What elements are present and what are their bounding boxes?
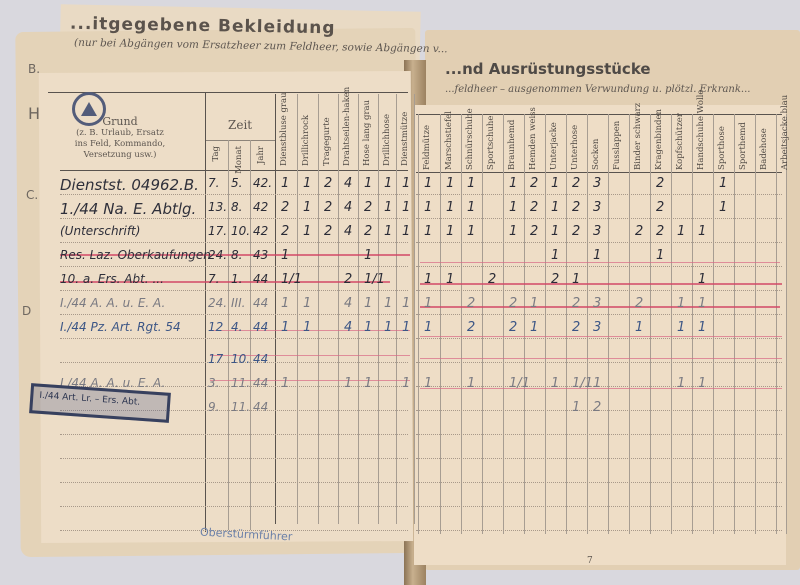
row-item-qty-right: 1 — [677, 224, 685, 239]
row-item-qty-right: 2 — [572, 296, 580, 311]
row-item-qty: 1 — [364, 320, 372, 335]
row-item-qty-right: 3 — [593, 224, 601, 239]
row-dotted-line — [60, 506, 408, 507]
row-item-qty-right: 1 — [551, 224, 559, 239]
row-tag: 3. — [208, 376, 219, 390]
row-item-qty: 1 — [281, 176, 289, 191]
row-monat: III. — [231, 296, 245, 310]
row-item-qty-right: 1 — [656, 248, 664, 263]
row-item-qty: 1 — [281, 320, 289, 335]
item-column-header-right: Schnürschuhe — [466, 118, 475, 170]
item-column-header-right: Sporthemd — [739, 118, 748, 170]
item-col-line-right — [713, 114, 714, 534]
row-item-qty: 1 — [384, 320, 392, 335]
row-item-qty-right: 1 — [530, 296, 538, 311]
row-item-qty: 1 — [364, 376, 372, 391]
row-monat: 1. — [231, 272, 242, 286]
header-bottom-rule-right — [416, 172, 782, 173]
row-item-qty-right: 1 — [446, 200, 454, 215]
row-item-qty: 1 — [402, 296, 410, 311]
row-item-qty-right: 1 — [424, 224, 432, 239]
item-col-line-right — [608, 114, 609, 534]
row-item-qty-right: 1/1 — [509, 376, 530, 391]
title-right: ...nd Ausrüstungsstücke — [445, 60, 651, 78]
row-grund: I./44 A. A. u. E. A. — [60, 296, 165, 310]
item-col-line — [414, 94, 415, 524]
row-item-qty-right: 1 — [698, 320, 706, 335]
item-col-line — [338, 94, 339, 524]
row-item-qty: 4 — [344, 200, 352, 215]
row-item-qty-right: 1 — [424, 296, 432, 311]
row-item-qty: 1 — [384, 224, 392, 239]
row-jahr: 44 — [253, 320, 268, 334]
row-monat: 10. — [231, 224, 250, 238]
item-col-line-right — [587, 114, 588, 534]
row-item-qty-right: 1 — [424, 320, 432, 335]
row-item-qty-right: 1 — [424, 376, 432, 391]
row-item-qty-right: 1 — [719, 176, 727, 191]
row-item-qty: 1 — [303, 320, 311, 335]
item-col-line — [378, 94, 379, 524]
row-dotted-line — [60, 290, 408, 291]
row-item-qty: 1/1 — [281, 272, 302, 287]
row-item-qty-right: 1 — [467, 200, 475, 215]
row-tag: 12 — [208, 320, 223, 334]
row-item-qty: 1 — [364, 176, 372, 191]
row-grund: (Unterschrift) — [60, 224, 140, 238]
item-column-header: Drahtseilen-haken — [343, 106, 352, 166]
row-dotted-line — [60, 194, 408, 195]
row-item-qty-right: 1 — [446, 272, 454, 287]
row-item-qty: 1 — [402, 376, 410, 391]
item-column-header-right: Kopfschützer — [676, 118, 685, 170]
row-item-qty-right: 2 — [488, 272, 496, 287]
row-item-qty: 1 — [384, 176, 392, 191]
row-item-qty-right: 2 — [572, 224, 580, 239]
row-item-qty-right: 2 — [530, 224, 538, 239]
item-col-line-right — [440, 114, 441, 534]
row-item-qty-right: 1 — [593, 248, 601, 263]
row-item-qty: 1 — [303, 224, 311, 239]
row-item-qty-right: 2 — [572, 200, 580, 215]
row-item-qty: 2 — [364, 224, 372, 239]
item-column-header: Dienstbluse grau — [280, 106, 289, 166]
row-dotted-line-right — [416, 434, 782, 435]
item-column-header: Dienstmütze — [401, 106, 410, 166]
row-item-qty-right: 2 — [656, 200, 664, 215]
item-col-line — [318, 94, 319, 524]
item-column-header-right: Braunhemd — [508, 118, 517, 170]
row-item-qty: 1 — [402, 176, 410, 191]
row-item-qty-right: 2 — [551, 272, 559, 287]
row-tag: 13. — [208, 200, 227, 214]
row-item-qty: 1 — [402, 200, 410, 215]
row-item-qty-right: 1 — [551, 176, 559, 191]
item-column-header: Drillichhose — [383, 106, 392, 166]
row-item-qty: 1 — [364, 296, 372, 311]
zeit-divider — [205, 140, 275, 141]
zeit-col-line — [228, 140, 229, 530]
item-column-header-right: Arbeitsjacke blau — [781, 118, 790, 170]
row-item-qty-right: 1 — [593, 376, 601, 391]
row-jahr: 44 — [253, 296, 268, 310]
item-col-line-right — [629, 114, 630, 534]
row-jahr: 42 — [253, 224, 268, 238]
row-item-qty: 1 — [303, 176, 311, 191]
row-item-qty-right: 1 — [424, 200, 432, 215]
item-col-line-right — [524, 114, 525, 534]
row-item-qty-right: 2 — [509, 320, 517, 335]
row-item-qty-right: 2 — [530, 200, 538, 215]
row-item-qty-right: 2 — [467, 296, 475, 311]
item-column-header-right: Marschstiefel — [445, 118, 454, 170]
row-item-qty: 4 — [344, 176, 352, 191]
item-col-line-right — [545, 114, 546, 534]
row-item-qty-right: 3 — [593, 200, 601, 215]
row-monat: 11. — [231, 400, 250, 414]
row-dotted-line-right — [416, 266, 782, 267]
row-item-qty-right: 1 — [551, 376, 559, 391]
row-item-qty-right: 1 — [677, 376, 685, 391]
row-item-qty-right: 2 — [656, 224, 664, 239]
row-item-qty-right: 1 — [509, 224, 517, 239]
item-column-header: Drillichrock — [302, 106, 311, 166]
row-tag: 9. — [208, 400, 219, 414]
item-col-line — [275, 94, 276, 524]
row-item-qty-right: 1 — [719, 200, 727, 215]
row-item-qty: 1 — [281, 376, 289, 391]
page-number: 7 — [587, 556, 593, 566]
row-item-qty-right: 1 — [530, 320, 538, 335]
item-col-line — [396, 94, 397, 524]
zeit-column-header: Jahr — [257, 146, 266, 164]
row-grund: I./44 Pz. Art. Rgt. 54 — [60, 320, 181, 334]
red-ink-line — [420, 336, 782, 337]
row-item-qty-right: 2 — [530, 176, 538, 191]
back-letter-c: C. — [26, 188, 38, 202]
grund-title: Grund — [70, 115, 170, 128]
row-item-qty-right: 2 — [572, 176, 580, 191]
item-col-line-right — [482, 114, 483, 534]
row-dotted-line-right — [416, 362, 782, 363]
grund-hint: (z. B. Urlaub, Ersatz ins Feld, Kommando… — [70, 128, 170, 161]
grund-divider — [205, 92, 206, 532]
row-dotted-line — [60, 482, 408, 483]
row-item-qty-right: 1 — [572, 272, 580, 287]
item-column-header-right: Sporthose — [718, 118, 727, 170]
row-item-qty: 2 — [324, 224, 332, 239]
row-jahr: 44 — [253, 400, 268, 414]
row-tag: 24. — [208, 248, 227, 262]
row-item-qty: 2 — [344, 272, 352, 287]
row-item-qty-right: 2 — [635, 224, 643, 239]
row-jahr: 42 — [253, 200, 268, 214]
row-item-qty-right: 1 — [698, 296, 706, 311]
row-dotted-line-right — [416, 242, 782, 243]
row-item-qty: 2 — [281, 200, 289, 215]
item-column-header-right: Handschuhe Wolle — [697, 118, 706, 170]
row-item-qty: 2 — [364, 200, 372, 215]
item-col-line-right — [461, 114, 462, 534]
row-tag: 7. — [208, 176, 219, 190]
item-column-header-right: Binder schwarz — [634, 118, 643, 170]
item-col-line-right — [566, 114, 567, 534]
row-item-qty-right: 3 — [593, 296, 601, 311]
row-item-qty-right: 1 — [635, 320, 643, 335]
row-monat: 11. — [231, 376, 250, 390]
row-grund: Dienstst. 04962.B. — [60, 176, 199, 194]
grund-header: Grund (z. B. Urlaub, Ersatz ins Feld, Ko… — [70, 115, 170, 161]
item-col-line-right — [776, 114, 777, 534]
row-tag: 24. — [208, 296, 227, 310]
row-item-qty: 1 — [344, 376, 352, 391]
row-item-qty-right: 2 — [593, 400, 601, 415]
item-column-header-right: Kragenbinden — [655, 118, 664, 170]
row-item-qty-right: 1/1 — [572, 376, 593, 391]
row-dotted-line-right — [416, 338, 782, 339]
row-item-qty-right: 1 — [467, 376, 475, 391]
red-ink-line — [420, 283, 782, 285]
item-col-line-right — [503, 114, 504, 534]
row-item-qty-right: 1 — [424, 272, 432, 287]
row-item-qty-right: 1 — [677, 320, 685, 335]
item-col-line-right — [692, 114, 693, 534]
row-item-qty: 2 — [324, 200, 332, 215]
item-column-header-right: Sportschuhe — [487, 118, 496, 170]
row-monat: 8. — [231, 248, 242, 262]
row-item-qty-right: 1 — [446, 176, 454, 191]
row-item-qty-right: 1 — [551, 248, 559, 263]
row-dotted-line — [60, 458, 408, 459]
row-dotted-line-right — [416, 482, 782, 483]
row-jahr: 44 — [253, 352, 268, 366]
row-item-qty-right: 1 — [677, 296, 685, 311]
row-jahr: 42. — [253, 176, 272, 190]
row-item-qty-right: 1 — [424, 176, 432, 191]
row-item-qty: 1 — [384, 296, 392, 311]
row-dotted-line — [60, 266, 408, 267]
row-item-qty: 2 — [281, 224, 289, 239]
row-item-qty-right: 2 — [509, 296, 517, 311]
item-col-line-right — [671, 114, 672, 534]
zeit-title: Zeit — [228, 118, 252, 132]
row-item-qty-right: 1 — [698, 224, 706, 239]
item-column-header-right: Unterjacke — [550, 118, 559, 170]
row-item-qty: 2 — [324, 176, 332, 191]
row-tag: 7. — [208, 272, 219, 286]
row-item-qty: 1 — [384, 200, 392, 215]
row-tag: 17 — [208, 352, 223, 366]
back-letter-d: D — [22, 304, 31, 318]
right-page — [414, 105, 786, 565]
item-column-header-right: Socken — [592, 118, 601, 170]
row-dotted-line — [60, 434, 408, 435]
row-item-qty-right: 1 — [467, 224, 475, 239]
row-item-qty-right: 1 — [572, 400, 580, 415]
row-dotted-line-right — [416, 530, 782, 531]
item-column-header-right: Badehose — [760, 118, 769, 170]
row-item-qty: 1 — [281, 296, 289, 311]
row-item-qty-right: 1 — [467, 176, 475, 191]
row-dotted-line — [60, 338, 408, 339]
row-monat: 10. — [231, 352, 250, 366]
row-item-qty-right: 1 — [509, 176, 517, 191]
item-column-header: Hose lang grau — [363, 106, 372, 166]
header-top-rule — [48, 92, 408, 93]
row-dotted-line-right — [416, 218, 782, 219]
item-column-header: Tragegurte — [323, 106, 332, 166]
row-item-qty: 4 — [344, 224, 352, 239]
row-dotted-line-right — [416, 506, 782, 507]
zeit-col-line — [250, 140, 251, 530]
item-column-header-right: Hemden weiss — [529, 118, 538, 170]
red-ink-line — [420, 358, 782, 359]
row-item-qty: 1 — [303, 200, 311, 215]
row-dotted-line — [60, 314, 408, 315]
zeit-column-header: Tag — [212, 146, 221, 162]
row-item-qty-right: 3 — [593, 176, 601, 191]
row-item-qty-right: 2 — [467, 320, 475, 335]
item-column-header-right: Unterhose — [571, 118, 580, 170]
item-col-line — [358, 94, 359, 524]
row-dotted-line — [60, 242, 408, 243]
row-jahr: 44 — [253, 272, 268, 286]
item-col-line-right — [418, 114, 419, 534]
row-jahr: 44 — [253, 376, 268, 390]
row-grund: Res. Laz. Oberkaufungen — [60, 248, 211, 262]
row-dotted-line-right — [416, 314, 782, 315]
zeit-column-header: Monat — [235, 146, 244, 174]
row-monat: 5. — [231, 176, 242, 190]
row-item-qty-right: 2 — [635, 296, 643, 311]
row-item-qty-right: 1 — [509, 200, 517, 215]
row-tag: 17. — [208, 224, 227, 238]
row-item-qty: 1 — [281, 248, 289, 263]
row-item-qty: 1 — [402, 224, 410, 239]
row-item-qty-right: 1 — [446, 224, 454, 239]
row-item-qty-right: 3 — [593, 320, 601, 335]
item-col-line-right — [734, 114, 735, 534]
row-grund: 10. a. Ers. Abt. ... — [60, 272, 164, 286]
row-item-qty-right: 1 — [698, 376, 706, 391]
row-item-qty: 4 — [344, 320, 352, 335]
item-col-line-right — [650, 114, 651, 534]
row-dotted-line-right — [416, 458, 782, 459]
item-column-header-right: Fusslappen — [613, 118, 622, 170]
row-jahr: 43 — [253, 248, 268, 262]
row-item-qty-right: 2 — [656, 176, 664, 191]
row-monat: 4. — [231, 320, 242, 334]
row-item-qty: 1 — [364, 248, 372, 263]
row-item-qty-right: 1 — [698, 272, 706, 287]
row-item-qty: 1/1 — [364, 272, 385, 287]
item-col-line-right — [786, 114, 787, 534]
row-grund: 1./44 Na. E. Abtlg. — [60, 200, 196, 218]
row-item-qty: 1 — [402, 320, 410, 335]
row-item-qty-right: 2 — [572, 320, 580, 335]
row-item-qty: 1 — [303, 296, 311, 311]
row-dotted-line-right — [416, 290, 782, 291]
row-item-qty: 4 — [344, 296, 352, 311]
row-item-qty-right: 1 — [551, 200, 559, 215]
row-monat: 8. — [231, 200, 242, 214]
item-col-line — [297, 94, 298, 524]
item-col-line-right — [755, 114, 756, 534]
item-column-header-right: Feldmütze — [423, 118, 432, 170]
row-dotted-line-right — [416, 194, 782, 195]
row-dotted-line — [60, 218, 408, 219]
